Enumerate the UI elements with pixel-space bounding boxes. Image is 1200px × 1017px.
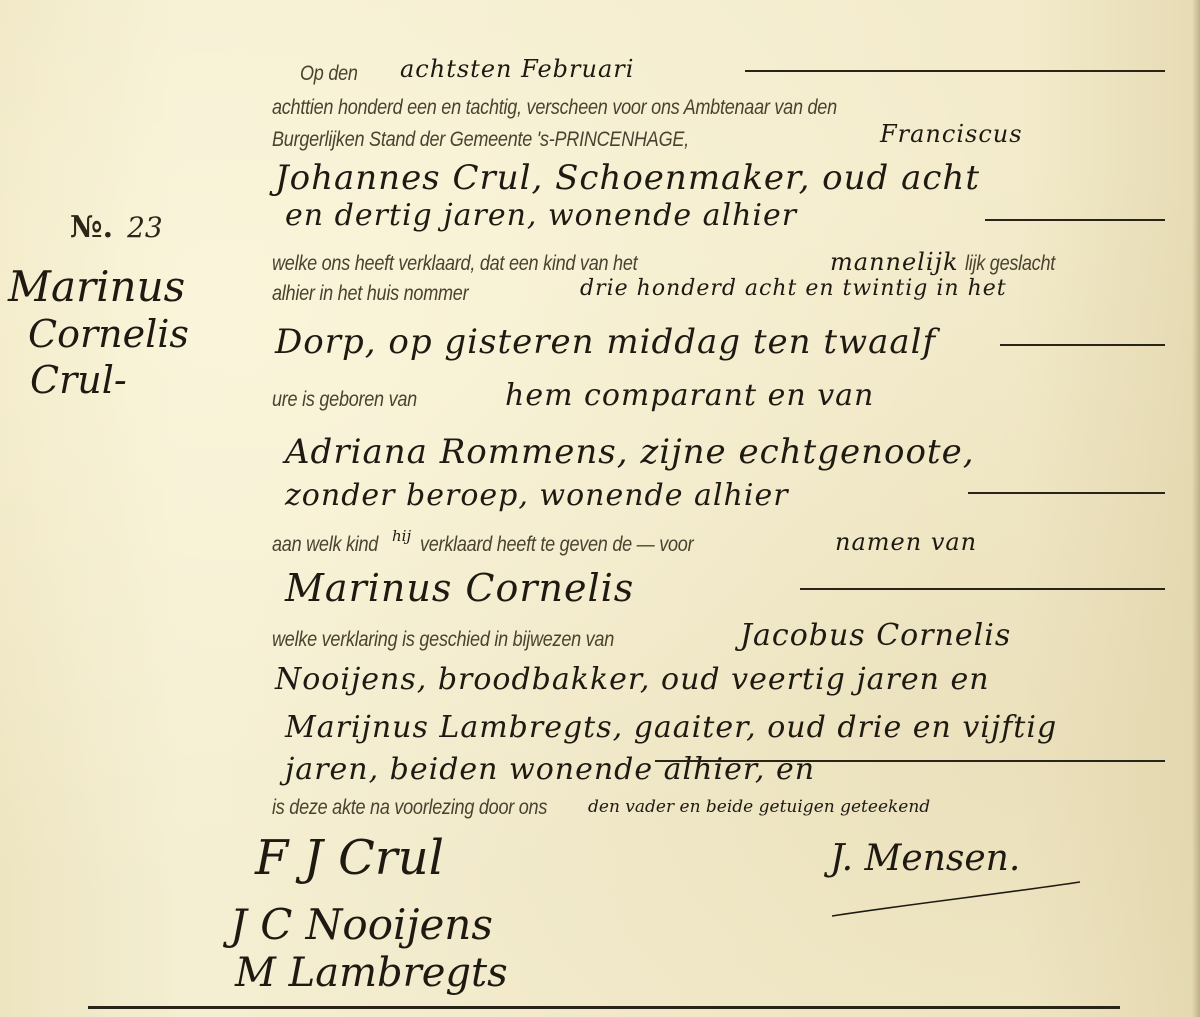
printed-born-of: ure is geboren van <box>272 388 417 412</box>
printed-declared-give: verklaard heeft te geven de — voor <box>420 533 693 557</box>
page-edge-shadow <box>1192 0 1200 1017</box>
printed-witnesses-intro: welke verklaring is geschied in bijwezen… <box>272 628 614 652</box>
handwritten-house-number: drie honderd acht en twintig in het <box>580 276 1007 301</box>
handwritten-witnesses-residence: jaren, beiden wonende alhier, en <box>285 752 815 787</box>
handwritten-witness1-details: Nooijens, broodbakker, oud veertig jaren… <box>275 662 990 697</box>
handwritten-birth-place-time: Dorp, op gisteren middag ten twaalf <box>275 322 936 362</box>
handwritten-witness1-first-names: Jacobus Cornelis <box>740 618 1011 653</box>
handwritten-namen-van: namen van <box>835 528 977 556</box>
printed-lijk-geslacht: lijk geslacht <box>965 252 1055 276</box>
handwritten-signed-by: den vader en beide getuigen geteekend <box>588 797 930 817</box>
fill-line <box>655 760 1165 762</box>
margin-child-first-name: Marinus <box>8 262 185 311</box>
printed-op-den: Op den <box>300 62 358 86</box>
handwritten-father-age-residence: en dertig jaren, wonende alhier <box>285 198 797 233</box>
printed-to-which-child: aan welk kind <box>272 533 378 557</box>
bottom-divider <box>88 1006 1120 1009</box>
fill-line <box>745 70 1165 72</box>
printed-municipality-line: Burgerlijken Stand der Gemeente 's-PRINC… <box>272 128 689 152</box>
signature-witness1: J C Nooijens <box>230 900 493 949</box>
signature-witness2: M Lambregts <box>235 950 508 996</box>
signature-underline-flourish <box>830 880 1090 920</box>
handwritten-parent-comparant: hem comparant en van <box>505 378 874 413</box>
handwritten-father-name-occupation: Johannes Crul, Schoenmaker, oud acht <box>275 158 980 198</box>
handwritten-date: achtsten Februari <box>400 55 634 83</box>
handwritten-child-given-names: Marinus Cornelis <box>285 566 634 610</box>
handwritten-mother-occupation-residence: zonder beroep, wonende alhier <box>285 478 789 513</box>
fill-line <box>800 588 1165 590</box>
handwritten-witness2-details: Marijnus Lambregts, gaaiter, oud drie en… <box>285 710 1057 745</box>
signature-father: F J Crul <box>255 830 444 886</box>
record-number: №.23 <box>70 210 163 245</box>
handwritten-father-first-name: Franciscus <box>880 120 1023 148</box>
printed-year-line: achttien honderd een en tachtig, versche… <box>272 96 837 120</box>
handwritten-sex: mannelijk <box>830 248 959 276</box>
printed-deed-read: is deze akte na voorlezing door ons <box>272 796 547 820</box>
fill-line <box>985 219 1165 221</box>
record-number-prefix: №. <box>70 210 113 245</box>
margin-child-surname: Crul- <box>30 358 127 402</box>
margin-child-middle-name: Cornelis <box>28 312 189 356</box>
record-number-value: 23 <box>127 211 163 244</box>
fill-line <box>968 492 1165 494</box>
fill-line <box>1000 344 1165 346</box>
handwritten-hij: hij <box>392 527 411 545</box>
handwritten-mother-name: Adriana Rommens, zijne echtgenoote, <box>285 432 975 472</box>
signature-official: J. Mensen. <box>830 838 1020 879</box>
printed-house-number: alhier in het huis nommer <box>272 282 468 306</box>
printed-declared: welke ons heeft verklaard, dat een kind … <box>272 252 637 276</box>
